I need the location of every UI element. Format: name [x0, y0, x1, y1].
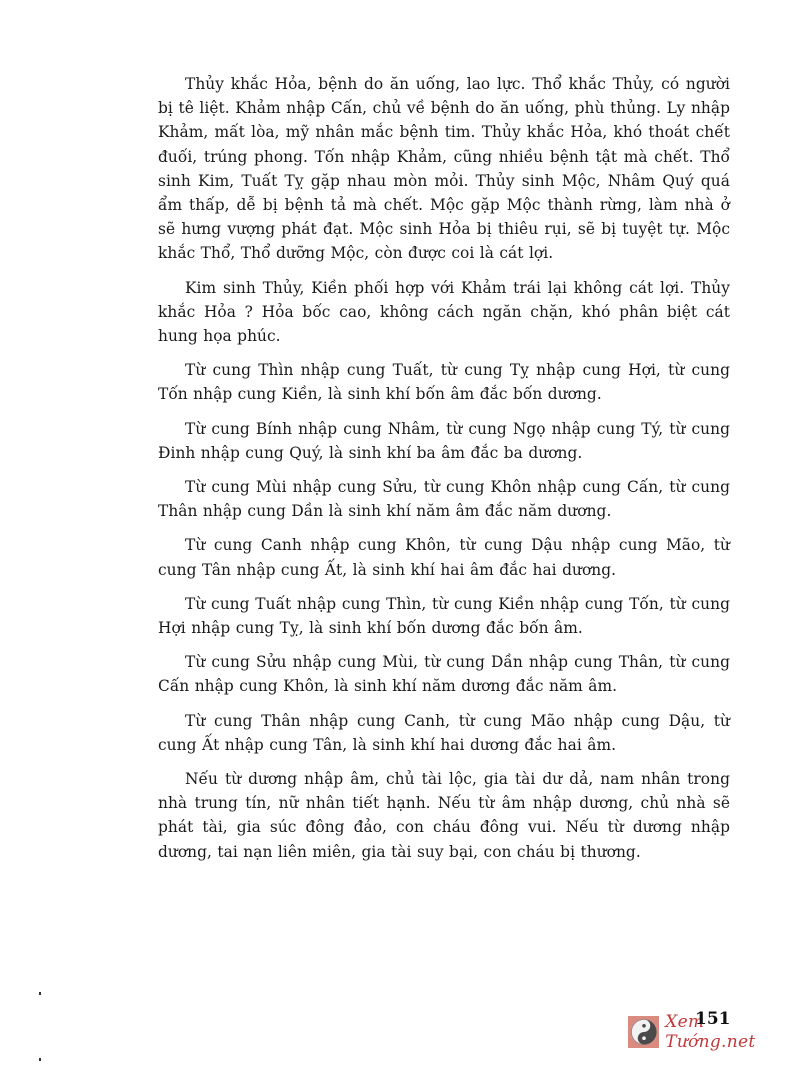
- paragraph: Từ cung Canh nhập cung Khôn, từ cung Dậu…: [158, 533, 730, 581]
- paragraph: Kim sinh Thủy, Kiền phối hợp với Khảm tr…: [158, 276, 730, 349]
- page-number: 151: [695, 1009, 731, 1029]
- logo-box: [628, 1016, 659, 1048]
- paragraph: Từ cung Sửu nhập cung Mùi, từ cung Dần n…: [158, 650, 730, 698]
- paragraph: Từ cung Bính nhập cung Nhâm, từ cung Ngọ…: [158, 417, 730, 465]
- yin-yang-icon: [631, 1019, 657, 1045]
- paragraph: Từ cung Tuất nhập cung Thìn, từ cung Kiề…: [158, 592, 730, 640]
- paragraph: Từ cung Mùi nhập cung Sửu, từ cung Khôn …: [158, 475, 730, 523]
- scan-artifact: [39, 992, 41, 995]
- scan-artifact: [39, 1058, 41, 1061]
- paragraph: Từ cung Thân nhập cung Canh, từ cung Mão…: [158, 709, 730, 757]
- paragraph: Nếu từ dương nhập âm, chủ tài lộc, gia t…: [158, 767, 730, 864]
- paragraph: Thủy khắc Hỏa, bệnh do ăn uống, lao lực.…: [158, 72, 730, 266]
- page-body: Thủy khắc Hỏa, bệnh do ăn uống, lao lực.…: [158, 72, 730, 874]
- watermark-text: Xem Tướng.net: [665, 1012, 797, 1052]
- paragraph: Từ cung Thìn nhập cung Tuất, từ cung Tỵ …: [158, 358, 730, 406]
